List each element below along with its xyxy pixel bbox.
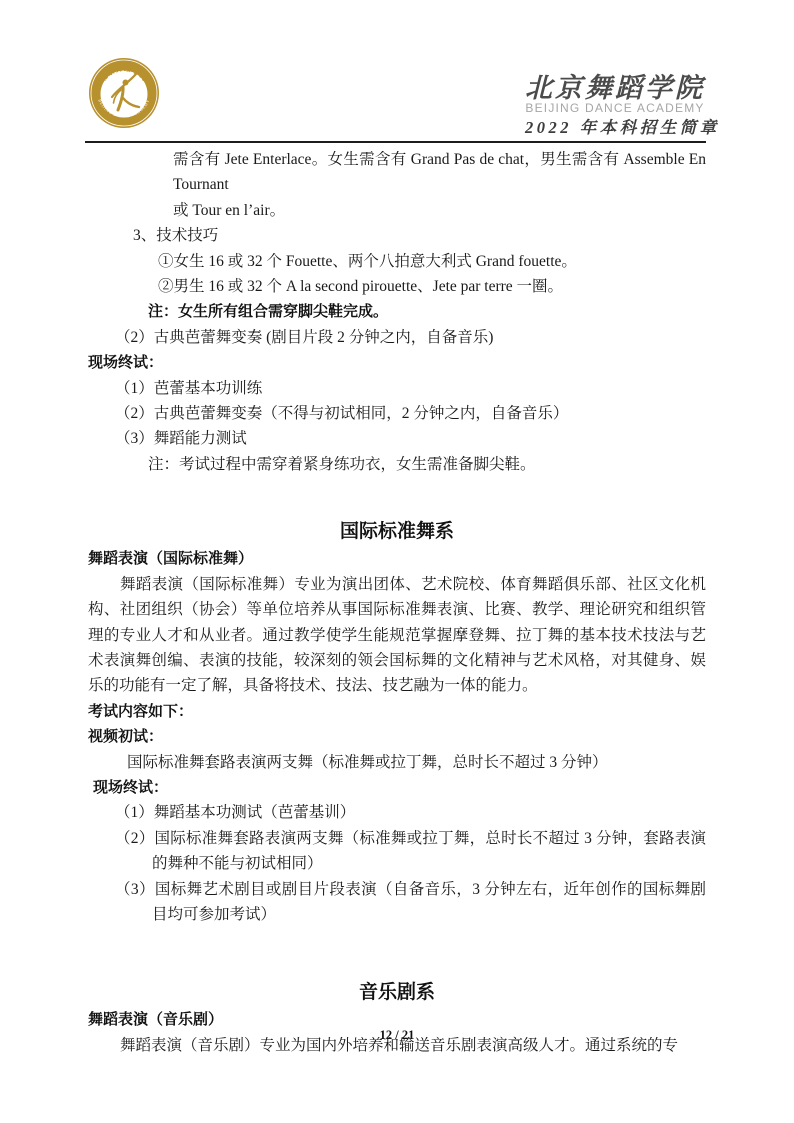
header-brand: 北京舞蹈学院 BEIJING DANCE ACADEMY 2022 年本科招生简… [525, 74, 705, 138]
intl-final-item: （1）舞蹈基本功测试（芭蕾基训） [88, 800, 706, 825]
brochure-title: 2022 年本科招生简章 [525, 117, 705, 138]
section-spacer [88, 927, 706, 979]
section-heading-intl-standard-dance: 国际标准舞系 [88, 518, 706, 546]
ballet-tech-item: ①女生 16 或 32 个 Fouette、两个八拍意大利式 Grand fou… [88, 249, 706, 274]
page-number: 12 / 21 [0, 1027, 794, 1043]
intl-video-prelim-item: 国际标准舞套路表演两支舞（标准舞或拉丁舞，总时长不超过 3 分钟） [88, 750, 706, 775]
ballet-final-exam-label: 现场终试： [88, 350, 706, 375]
ballet-continuation-line: 需含有 Jete Enterlace。女生需含有 Grand Pas de ch… [88, 147, 706, 198]
section-heading-musical-theatre: 音乐剧系 [88, 979, 706, 1007]
intl-exam-content-label: 考试内容如下： [88, 699, 706, 724]
ballet-final-note: 注：考试过程中需穿着紧身练功衣，女生需准备脚尖鞋。 [88, 452, 706, 477]
ballet-prelim-item: （2）古典芭蕾舞变奏 (剧目片段 2 分钟之内，自备音乐) [88, 325, 706, 350]
academy-name-en: BEIJING DANCE ACADEMY [525, 102, 705, 115]
intl-final-exam-label: 现场终试： [88, 775, 706, 800]
ballet-tech-note: 注：女生所有组合需穿脚尖鞋完成。 [88, 299, 706, 324]
ballet-continuation-line: 或 Tour en l’air。 [88, 198, 706, 223]
intl-major-title: 舞蹈表演（国际标准舞） [88, 546, 706, 571]
document-page: 北京舞蹈学院 BEIJING DANCE ACADEMY 北京舞蹈学院 BEIJ… [0, 0, 794, 1123]
ballet-final-item: （3）舞蹈能力测试 [88, 426, 706, 451]
intl-video-prelim-label: 视频初试： [88, 724, 706, 749]
header-divider [85, 141, 706, 143]
ballet-tech-item: ②男生 16 或 32 个 A la second pirouette、Jete… [88, 274, 706, 299]
document-body: 需含有 Jete Enterlace。女生需含有 Grand Pas de ch… [88, 147, 706, 1058]
ballet-tech-heading: 3、技术技巧 [88, 223, 706, 248]
section-spacer [88, 477, 706, 518]
academy-seal-icon: 北京舞蹈学院 BEIJING DANCE ACADEMY [88, 57, 160, 129]
ballet-final-item: （2）古典芭蕾舞变奏（不得与初试相同，2 分钟之内，自备音乐） [88, 401, 706, 426]
intl-final-item: （3）国标舞艺术剧目或剧目片段表演（自备音乐，3 分钟左右，近年创作的国标舞剧目… [88, 877, 706, 928]
ballet-final-item: （1）芭蕾基本功训练 [88, 376, 706, 401]
intl-intro-paragraph: 舞蹈表演（国际标准舞）专业为演出团体、艺术院校、体育舞蹈俱乐部、社区文化机构、社… [88, 572, 706, 699]
intl-final-item: （2）国际标准舞套路表演两支舞（标准舞或拉丁舞，总时长不超过 3 分钟，套路表演… [88, 826, 706, 877]
academy-name-cn: 北京舞蹈学院 [525, 74, 705, 102]
